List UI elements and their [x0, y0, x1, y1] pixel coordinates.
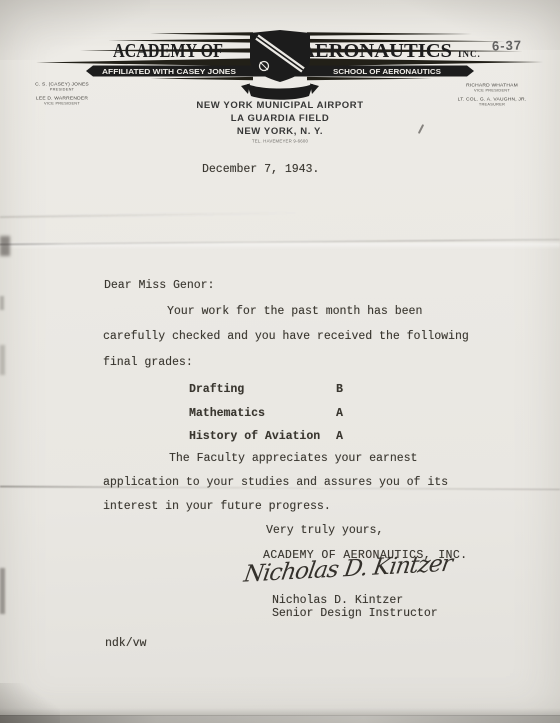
org-name-right: AERONAUTICS — [300, 40, 452, 62]
closing-line: Very truly yours, — [266, 524, 383, 537]
body-line: The Faculty appreciates your earnest — [169, 452, 417, 465]
edge-smudge — [0, 345, 5, 375]
address-line: LA GUARDIA FIELD — [0, 112, 560, 125]
address-block: NEW YORK MUNICIPAL AIRPORT LA GUARDIA FI… — [0, 99, 560, 145]
ribbon-icon — [241, 84, 319, 100]
date-line: December 7, 1943. — [202, 163, 319, 176]
grade-mark: B — [336, 383, 343, 396]
address-line: NEW YORK MUNICIPAL AIRPORT — [0, 99, 560, 112]
fold-crease-highlight — [0, 243, 560, 249]
body-line: final grades: — [103, 356, 193, 369]
grade-subject: History of Aviation — [189, 430, 320, 443]
signer-title: Senior Design Instructor — [272, 607, 438, 620]
pencil-note: 6-37 — [492, 37, 523, 53]
edge-smudge — [0, 296, 4, 310]
body-line: interest in your future progress. — [103, 500, 331, 513]
officer-title: VICE PRESIDENT — [422, 89, 560, 94]
grade-subject: Mathematics — [189, 407, 265, 420]
typist-initials: ndk/vw — [105, 637, 146, 650]
phone-line: TEL. HAVEMEYER 9-6600 — [78, 140, 481, 144]
banner-right-label: SCHOOL OF AERONAUTICS — [333, 69, 441, 76]
officer-title: PRESIDENT — [6, 88, 118, 93]
body-line: application to your studies and assures … — [103, 476, 448, 489]
corner-shadow-bottom-left — [0, 683, 60, 723]
address-line: NEW YORK, N. Y. — [0, 125, 560, 138]
signer-name: Nicholas D. Kintzer — [272, 594, 403, 607]
org-name-left: ACADEMY OF — [113, 40, 223, 62]
banner-left-label: AFFILIATED WITH CASEY JONES — [102, 69, 236, 76]
paper-wrinkle — [0, 212, 300, 218]
grade-subject: Drafting — [189, 383, 244, 396]
scanned-letter: ACADEMY OF AERONAUTICS INC. AFFILIATED W… — [0, 0, 560, 723]
org-suffix: INC. — [458, 49, 481, 59]
grade-mark: A — [336, 430, 343, 443]
scan-edge — [0, 715, 560, 723]
grade-mark: A — [336, 407, 343, 420]
salutation: Dear Miss Genor: — [104, 279, 214, 292]
edge-smudge — [0, 568, 5, 614]
body-line: Your work for the past month has been — [167, 305, 422, 318]
edge-smudge — [0, 236, 10, 256]
body-line: carefully checked and you have received … — [103, 330, 469, 343]
